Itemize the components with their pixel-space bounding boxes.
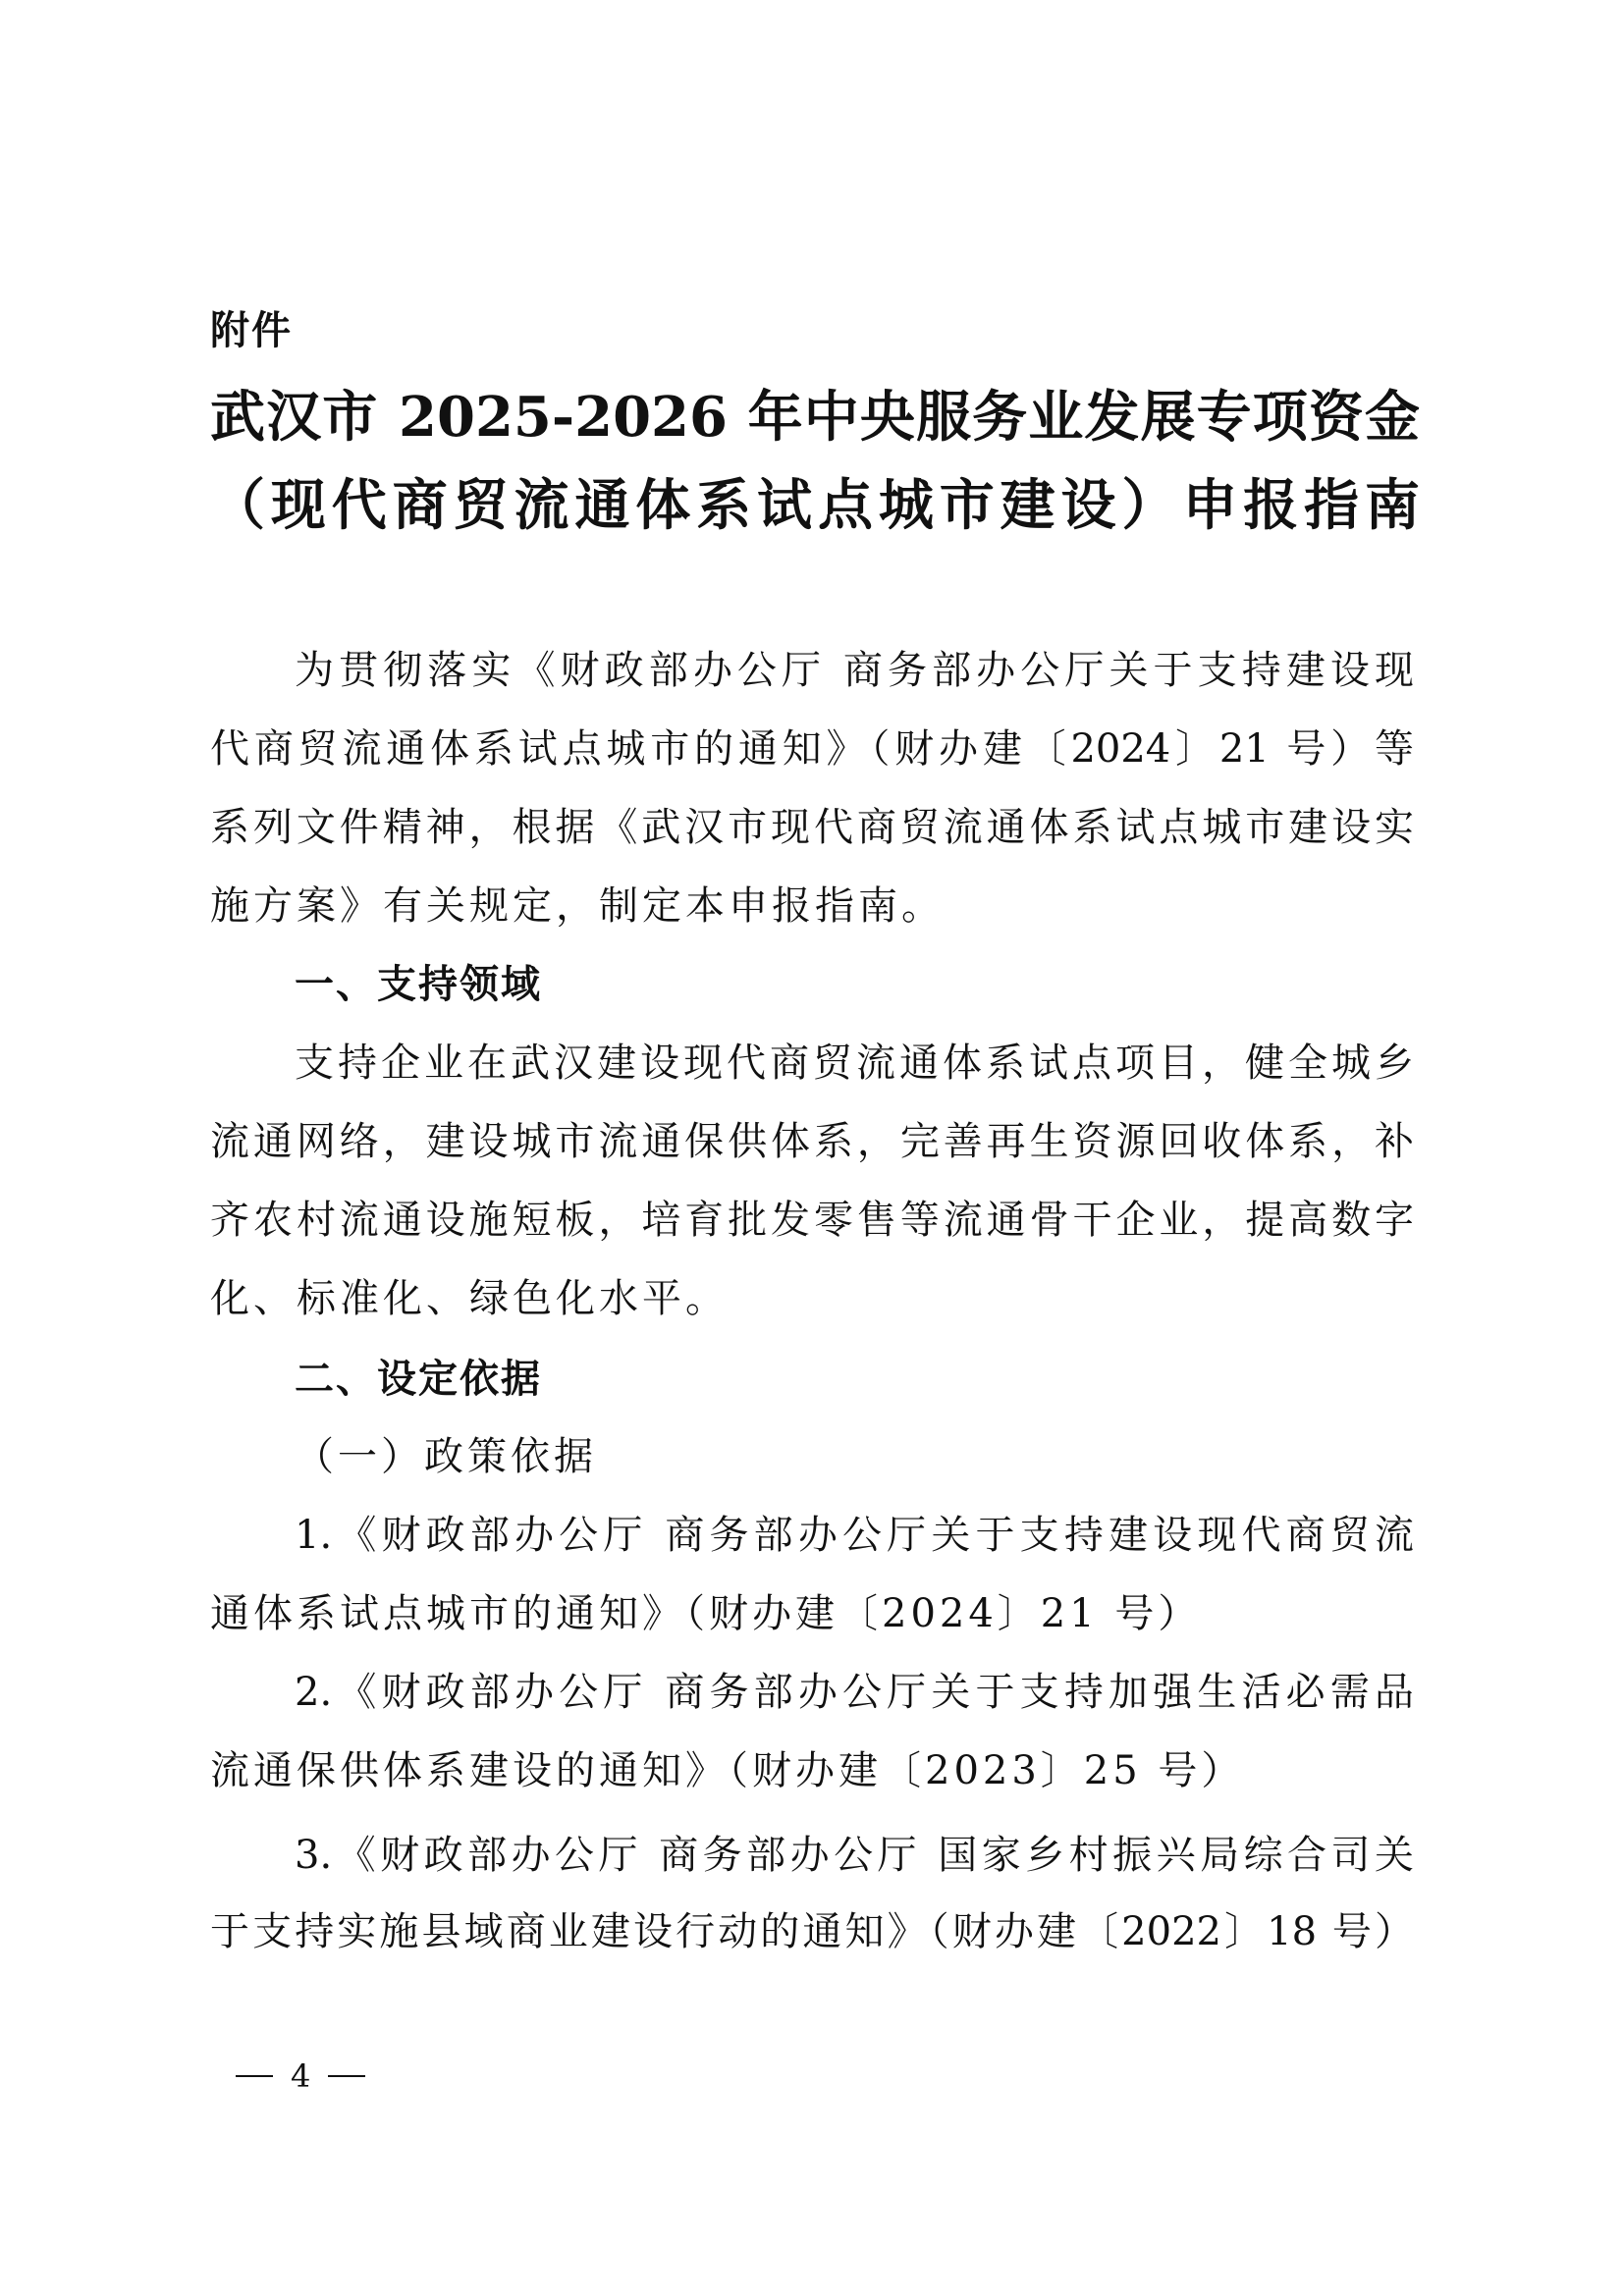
section-paragraph-line: 流通网络，建设城市流通保供体系，完善再生资源回收体系，补 <box>210 1114 1414 1169</box>
section-paragraph-line: 化、标准化、绿色化水平。 <box>210 1271 1414 1326</box>
subsection-heading-policy-basis: （一）政策依据 <box>295 1429 597 1484</box>
page-number-dash-right <box>328 2075 365 2077</box>
policy-item-3-line: 3.《财政部办公厅 商务部办公厅 国家乡村振兴局综合司关 <box>295 1828 1414 1883</box>
page-number-value: 4 <box>291 2055 310 2098</box>
policy-item-3-line: 于支持实施县域商业建设行动的通知》（财办建〔2022〕18 号） <box>210 1904 1414 1959</box>
document-page: 附件 武汉市 2025-2026 年中央服务业发展专项资金 （现代商贸流通体系试… <box>0 0 1623 2296</box>
document-title-line-2: （现代商贸流通体系试点城市建设）申报指南 <box>210 471 1420 540</box>
document-title-line-1: 武汉市 2025-2026 年中央服务业发展专项资金 <box>210 383 1420 452</box>
page-number: 4 <box>236 2055 365 2098</box>
section-heading-support-areas: 一、支持领域 <box>295 957 542 1012</box>
policy-item-1-line: 通体系试点城市的通知》（财办建〔2024〕21 号） <box>210 1586 1414 1641</box>
section-heading-basis: 二、设定依据 <box>295 1352 542 1407</box>
policy-item-2-line: 流通保供体系建设的通知》（财办建〔2023〕25 号） <box>210 1743 1414 1798</box>
intro-paragraph-line: 施方案》有关规定，制定本申报指南。 <box>210 879 1414 934</box>
attachment-label: 附件 <box>210 306 293 355</box>
policy-item-2-line: 2.《财政部办公厅 商务部办公厅关于支持加强生活必需品 <box>295 1665 1414 1720</box>
section-paragraph-line: 齐农村流通设施短板，培育批发零售等流通骨干企业，提高数字 <box>210 1193 1414 1248</box>
page-number-dash-left <box>236 2075 273 2077</box>
section-paragraph-line: 支持企业在武汉建设现代商贸流通体系试点项目，健全城乡 <box>295 1036 1414 1091</box>
policy-item-1-line: 1.《财政部办公厅 商务部办公厅关于支持建设现代商贸流 <box>295 1508 1414 1563</box>
intro-paragraph-line: 为贯彻落实《财政部办公厅 商务部办公厅关于支持建设现 <box>295 643 1414 698</box>
intro-paragraph-line: 代商贸流通体系试点城市的通知》（财办建〔2024〕21 号）等 <box>210 721 1414 776</box>
intro-paragraph-line: 系列文件精神，根据《武汉市现代商贸流通体系试点城市建设实 <box>210 800 1414 855</box>
